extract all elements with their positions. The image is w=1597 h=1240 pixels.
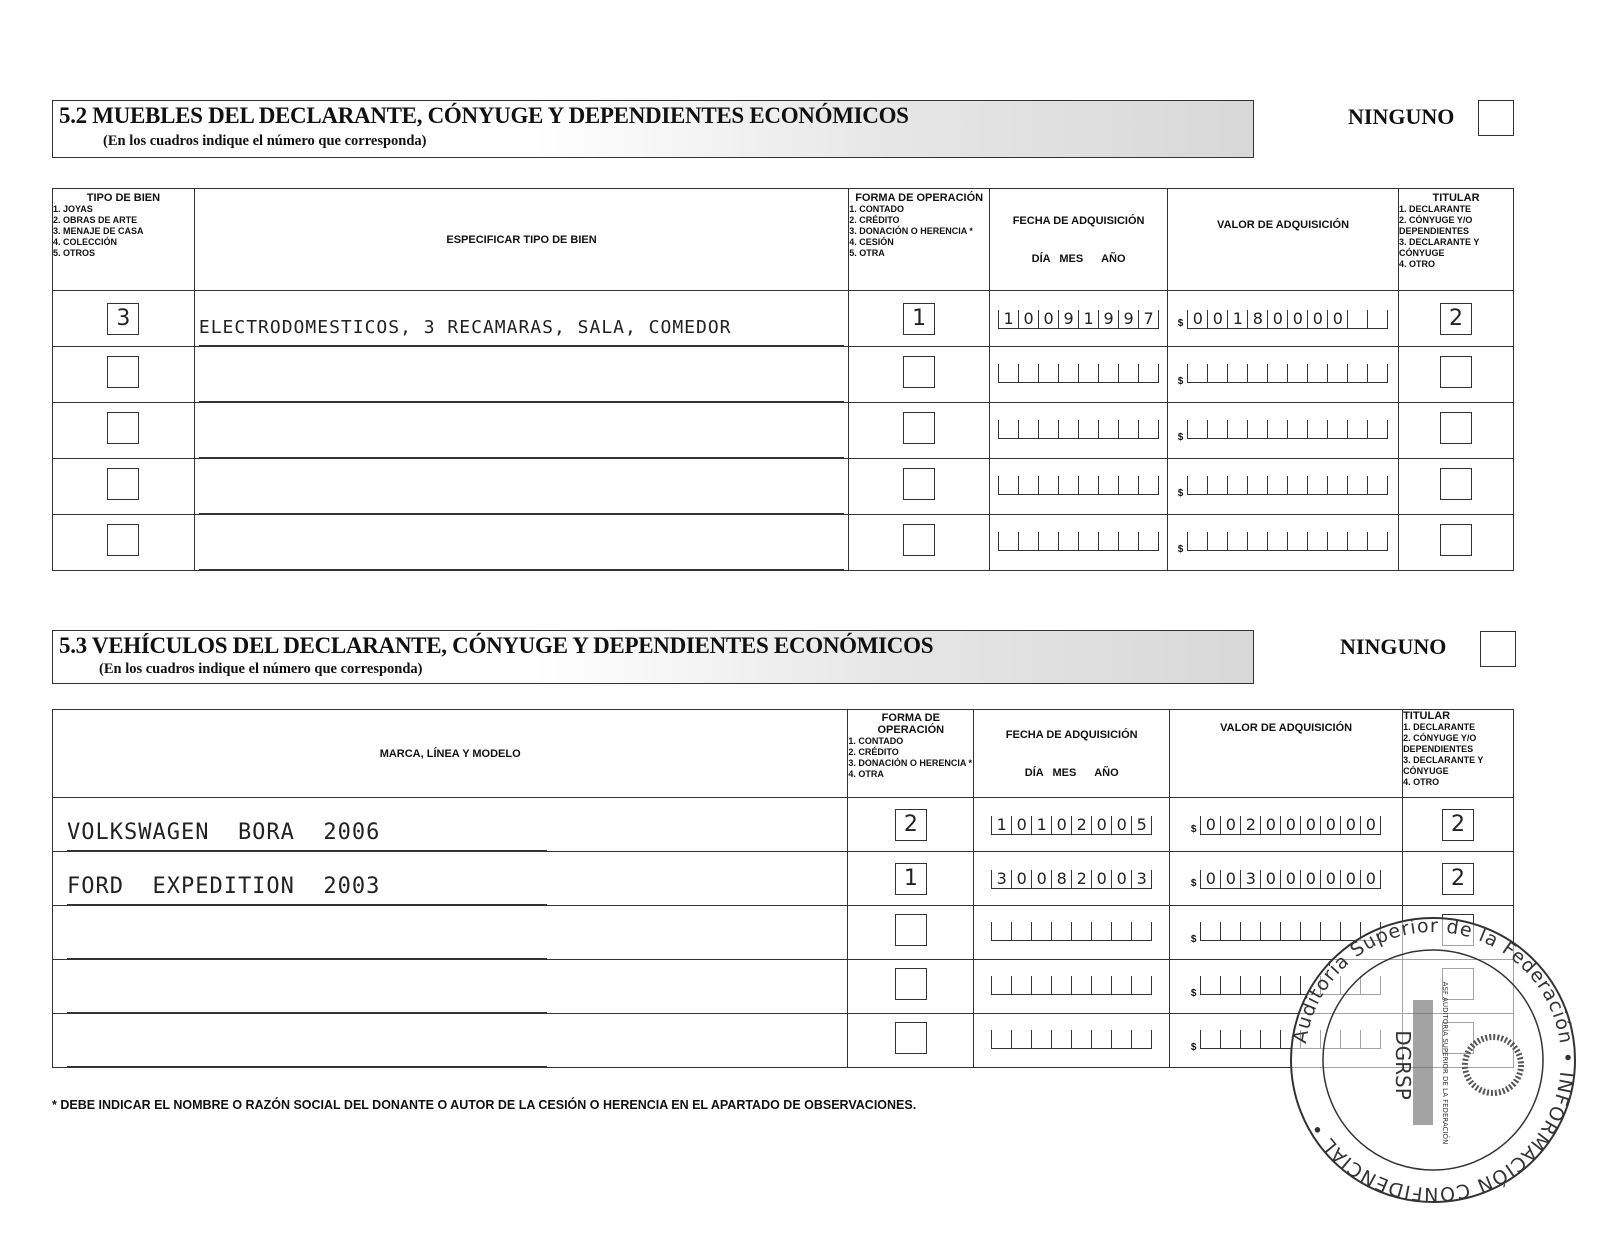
forma-operacion-box[interactable] bbox=[895, 968, 927, 1000]
valor-adquisicion-field[interactable] bbox=[1187, 362, 1388, 383]
valor-cell: $003000000 bbox=[1170, 852, 1403, 906]
fecha-adquisicion-field[interactable] bbox=[991, 920, 1152, 941]
especificar-tipo-field[interactable] bbox=[199, 429, 844, 458]
tipo-de-bien-box[interactable]: 3 bbox=[107, 303, 139, 335]
option-label: 2. OBRAS DE ARTE bbox=[53, 215, 194, 226]
fecha-adquisicion-field[interactable] bbox=[998, 474, 1159, 495]
fecha-cell: 10102005 bbox=[974, 798, 1170, 852]
fecha-adquisicion-field[interactable]: 10091997 bbox=[998, 308, 1159, 329]
header-forma-operacion: FORMA DE OPERACIÓN 1. CONTADO2. CRÉDITO3… bbox=[849, 189, 990, 291]
valor-adquisicion-field[interactable] bbox=[1187, 474, 1388, 495]
tipo-de-bien-box[interactable] bbox=[107, 468, 139, 500]
table-row: $ bbox=[53, 515, 1514, 571]
tipo-options: 1. JOYAS2. OBRAS DE ARTE3. MENAJE DE CAS… bbox=[53, 204, 194, 259]
header-valor: VALOR DE ADQUISICIÓN bbox=[1170, 710, 1403, 798]
header-titular: TITULAR 1. DECLARANTE2. CÓNYUGE Y/O DEPE… bbox=[1403, 710, 1514, 798]
forma-operacion-box[interactable]: 2 bbox=[895, 809, 927, 841]
forma-operacion-box[interactable]: 1 bbox=[895, 863, 927, 895]
header-tipo-de-bien: TIPO DE BIEN 1. JOYAS2. OBRAS DE ARTE3. … bbox=[53, 189, 195, 291]
option-label: 2. CÓNYUGE Y/O DEPENDIENTES bbox=[1403, 733, 1513, 755]
forma-operacion-box[interactable] bbox=[895, 914, 927, 946]
marca-linea-modelo-field[interactable]: FORD EXPEDITION 2003 bbox=[67, 874, 547, 905]
section-53-ninguno-checkbox[interactable] bbox=[1480, 631, 1516, 667]
fecha-cell: 10091997 bbox=[990, 291, 1168, 347]
dollar-sign: $ bbox=[1178, 376, 1184, 387]
option-label: 4. CESIÓN bbox=[849, 237, 989, 248]
fecha-adquisicion-field[interactable] bbox=[991, 974, 1152, 995]
valor-cell: $ bbox=[1168, 459, 1399, 515]
option-label: 5. OTROS bbox=[53, 248, 194, 259]
forma-operacion-box[interactable] bbox=[903, 468, 935, 500]
table-row: $ bbox=[53, 347, 1514, 403]
dollar-sign: $ bbox=[1191, 988, 1197, 999]
titular-box[interactable]: 2 bbox=[1442, 809, 1474, 841]
valor-adquisicion-field[interactable] bbox=[1187, 530, 1388, 551]
header-fecha: FECHA DE ADQUISICIÓN DÍA MES AÑO bbox=[990, 189, 1168, 291]
dollar-sign: $ bbox=[1178, 318, 1184, 329]
section-53-title: 5.3 VEHÍCULOS DEL DECLARANTE, CÓNYUGE Y … bbox=[59, 633, 933, 659]
titular-box[interactable]: 2 bbox=[1442, 863, 1474, 895]
dollar-sign: $ bbox=[1191, 878, 1197, 889]
section-53-subtitle: (En los cuadros indique el número que co… bbox=[99, 661, 422, 678]
option-label: 4. OTRO bbox=[1399, 259, 1513, 270]
tipo-de-bien-box[interactable] bbox=[107, 412, 139, 444]
marca-linea-modelo-field[interactable] bbox=[67, 928, 547, 959]
dollar-sign: $ bbox=[1191, 1042, 1197, 1053]
section-52-header: 5.2 MUEBLES DEL DECLARANTE, CÓNYUGE Y DE… bbox=[52, 100, 1254, 158]
dollar-sign: $ bbox=[1178, 432, 1184, 443]
fecha-cell bbox=[990, 403, 1168, 459]
option-label: 1. DECLARANTE bbox=[1403, 722, 1513, 733]
asf-confidential-stamp: Auditoría Superior de la Federación • IN… bbox=[1288, 915, 1578, 1205]
table-row: FORD EXPEDITION 2003130082003$0030000002 bbox=[53, 852, 1514, 906]
valor-cell: $002000000 bbox=[1170, 798, 1403, 852]
option-label: 3. MENAJE DE CASA bbox=[53, 226, 194, 237]
fecha-adquisicion-field[interactable] bbox=[998, 362, 1159, 383]
valor-adquisicion-field[interactable] bbox=[1187, 418, 1388, 439]
footnote: * DEBE INDICAR EL NOMBRE O RAZÓN SOCIAL … bbox=[52, 1098, 916, 1112]
option-label: 4. COLECCIÓN bbox=[53, 237, 194, 248]
header-especificar: ESPECIFICAR TIPO DE BIEN bbox=[194, 189, 848, 291]
option-label: 2. CRÉDITO bbox=[849, 215, 989, 226]
fecha-cell bbox=[990, 459, 1168, 515]
forma-operacion-box[interactable] bbox=[903, 524, 935, 556]
header-forma-operacion: FORMA DE OPERACIÓN 1. CONTADO2. CRÉDITO3… bbox=[848, 710, 974, 798]
dollar-sign: $ bbox=[1178, 544, 1184, 555]
svg-text:DGRSP: DGRSP bbox=[1391, 1030, 1415, 1100]
option-label: 5. OTRA bbox=[849, 248, 989, 259]
titular-box[interactable] bbox=[1440, 468, 1472, 500]
titular-box[interactable]: 2 bbox=[1440, 303, 1472, 335]
valor-adquisicion-field[interactable]: 002000000 bbox=[1200, 814, 1381, 835]
svg-text:ASF AUDITORÍA SUPERIOR DE LA F: ASF AUDITORÍA SUPERIOR DE LA FEDERACIÓN bbox=[1441, 982, 1450, 1145]
option-label: 3. DONACIÓN O HERENCIA * bbox=[848, 758, 973, 769]
valor-cell: $ bbox=[1168, 403, 1399, 459]
fecha-cell: 30082003 bbox=[974, 852, 1170, 906]
option-label: 1. CONTADO bbox=[848, 736, 973, 747]
fecha-adquisicion-field[interactable]: 30082003 bbox=[991, 868, 1152, 889]
option-label: 1. DECLARANTE bbox=[1399, 204, 1513, 215]
marca-linea-modelo-field[interactable]: VOLKSWAGEN BORA 2006 bbox=[67, 820, 547, 851]
fecha-adquisicion-field[interactable] bbox=[998, 418, 1159, 439]
titular-box[interactable] bbox=[1440, 412, 1472, 444]
option-label: 1. CONTADO bbox=[849, 204, 989, 215]
valor-cell: $00180000 bbox=[1168, 291, 1399, 347]
titular-box[interactable] bbox=[1440, 524, 1472, 556]
option-label: 4. OTRO bbox=[1403, 777, 1513, 788]
option-label: 3. DECLARANTE Y CÓNYUGE bbox=[1399, 237, 1513, 259]
especificar-tipo-field[interactable]: ELECTRODOMESTICOS, 3 RECAMARAS, SALA, CO… bbox=[199, 317, 844, 346]
forma-operacion-box[interactable] bbox=[903, 356, 935, 388]
valor-adquisicion-field[interactable]: 003000000 bbox=[1200, 868, 1381, 889]
forma-operacion-box[interactable] bbox=[895, 1022, 927, 1054]
option-label: 2. CÓNYUGE Y/O DEPENDIENTES bbox=[1399, 215, 1513, 237]
table-row: VOLKSWAGEN BORA 2006210102005$0020000002 bbox=[53, 798, 1514, 852]
fecha-cell bbox=[990, 347, 1168, 403]
dollar-sign: $ bbox=[1178, 488, 1184, 499]
especificar-tipo-field[interactable] bbox=[199, 541, 844, 570]
section-53-header: 5.3 VEHÍCULOS DEL DECLARANTE, CÓNYUGE Y … bbox=[52, 630, 1254, 684]
especificar-tipo-field[interactable] bbox=[199, 485, 844, 514]
section-52-subtitle: (En los cuadros indique el número que co… bbox=[103, 133, 426, 150]
header-titular: TITULAR 1. DECLARANTE2. CÓNYUGE Y/O DEPE… bbox=[1399, 189, 1514, 291]
section-52-ninguno-label: NINGUNO bbox=[1348, 104, 1454, 130]
marca-linea-modelo-field[interactable] bbox=[67, 1036, 547, 1067]
table-row: $ bbox=[53, 403, 1514, 459]
tipo-de-bien-box[interactable] bbox=[107, 524, 139, 556]
section-52-title: 5.2 MUEBLES DEL DECLARANTE, CÓNYUGE Y DE… bbox=[59, 103, 909, 129]
especificar-tipo-field[interactable] bbox=[199, 373, 844, 402]
fecha-cell bbox=[974, 906, 1170, 960]
fecha-cell bbox=[974, 1014, 1170, 1068]
fecha-adquisicion-field[interactable] bbox=[991, 1028, 1152, 1049]
forma-operacion-box[interactable]: 1 bbox=[903, 303, 935, 335]
fecha-adquisicion-field[interactable] bbox=[998, 530, 1159, 551]
valor-cell: $ bbox=[1168, 515, 1399, 571]
section-52-table: TIPO DE BIEN 1. JOYAS2. OBRAS DE ARTE3. … bbox=[52, 188, 1514, 571]
dollar-sign: $ bbox=[1191, 824, 1197, 835]
header-valor: VALOR DE ADQUISICIÓN bbox=[1168, 189, 1399, 291]
option-label: 2. CRÉDITO bbox=[848, 747, 973, 758]
valor-cell: $ bbox=[1168, 347, 1399, 403]
fecha-cell bbox=[990, 515, 1168, 571]
marca-linea-modelo-field[interactable] bbox=[67, 982, 547, 1013]
forma-operacion-box[interactable] bbox=[903, 412, 935, 444]
section-53-ninguno-label: NINGUNO bbox=[1340, 634, 1446, 660]
section-52-ninguno-checkbox[interactable] bbox=[1478, 100, 1514, 136]
table-row: 3ELECTRODOMESTICOS, 3 RECAMARAS, SALA, C… bbox=[53, 291, 1514, 347]
header-fecha: FECHA DE ADQUISICIÓN DÍA MES AÑO bbox=[974, 710, 1170, 798]
dollar-sign: $ bbox=[1191, 934, 1197, 945]
titular-box[interactable] bbox=[1440, 356, 1472, 388]
valor-adquisicion-field[interactable]: 00180000 bbox=[1187, 308, 1388, 329]
option-label: 3. DECLARANTE Y CÓNYUGE bbox=[1403, 755, 1513, 777]
option-label: 4. OTRA bbox=[848, 769, 973, 780]
table-row: $ bbox=[53, 459, 1514, 515]
fecha-cell bbox=[974, 960, 1170, 1014]
header-marca: MARCA, LÍNEA Y MODELO bbox=[53, 710, 848, 798]
fecha-adquisicion-field[interactable]: 10102005 bbox=[991, 814, 1152, 835]
option-label: 1. JOYAS bbox=[53, 204, 194, 215]
option-label: 3. DONACIÓN O HERENCIA * bbox=[849, 226, 989, 237]
tipo-de-bien-box[interactable] bbox=[107, 356, 139, 388]
